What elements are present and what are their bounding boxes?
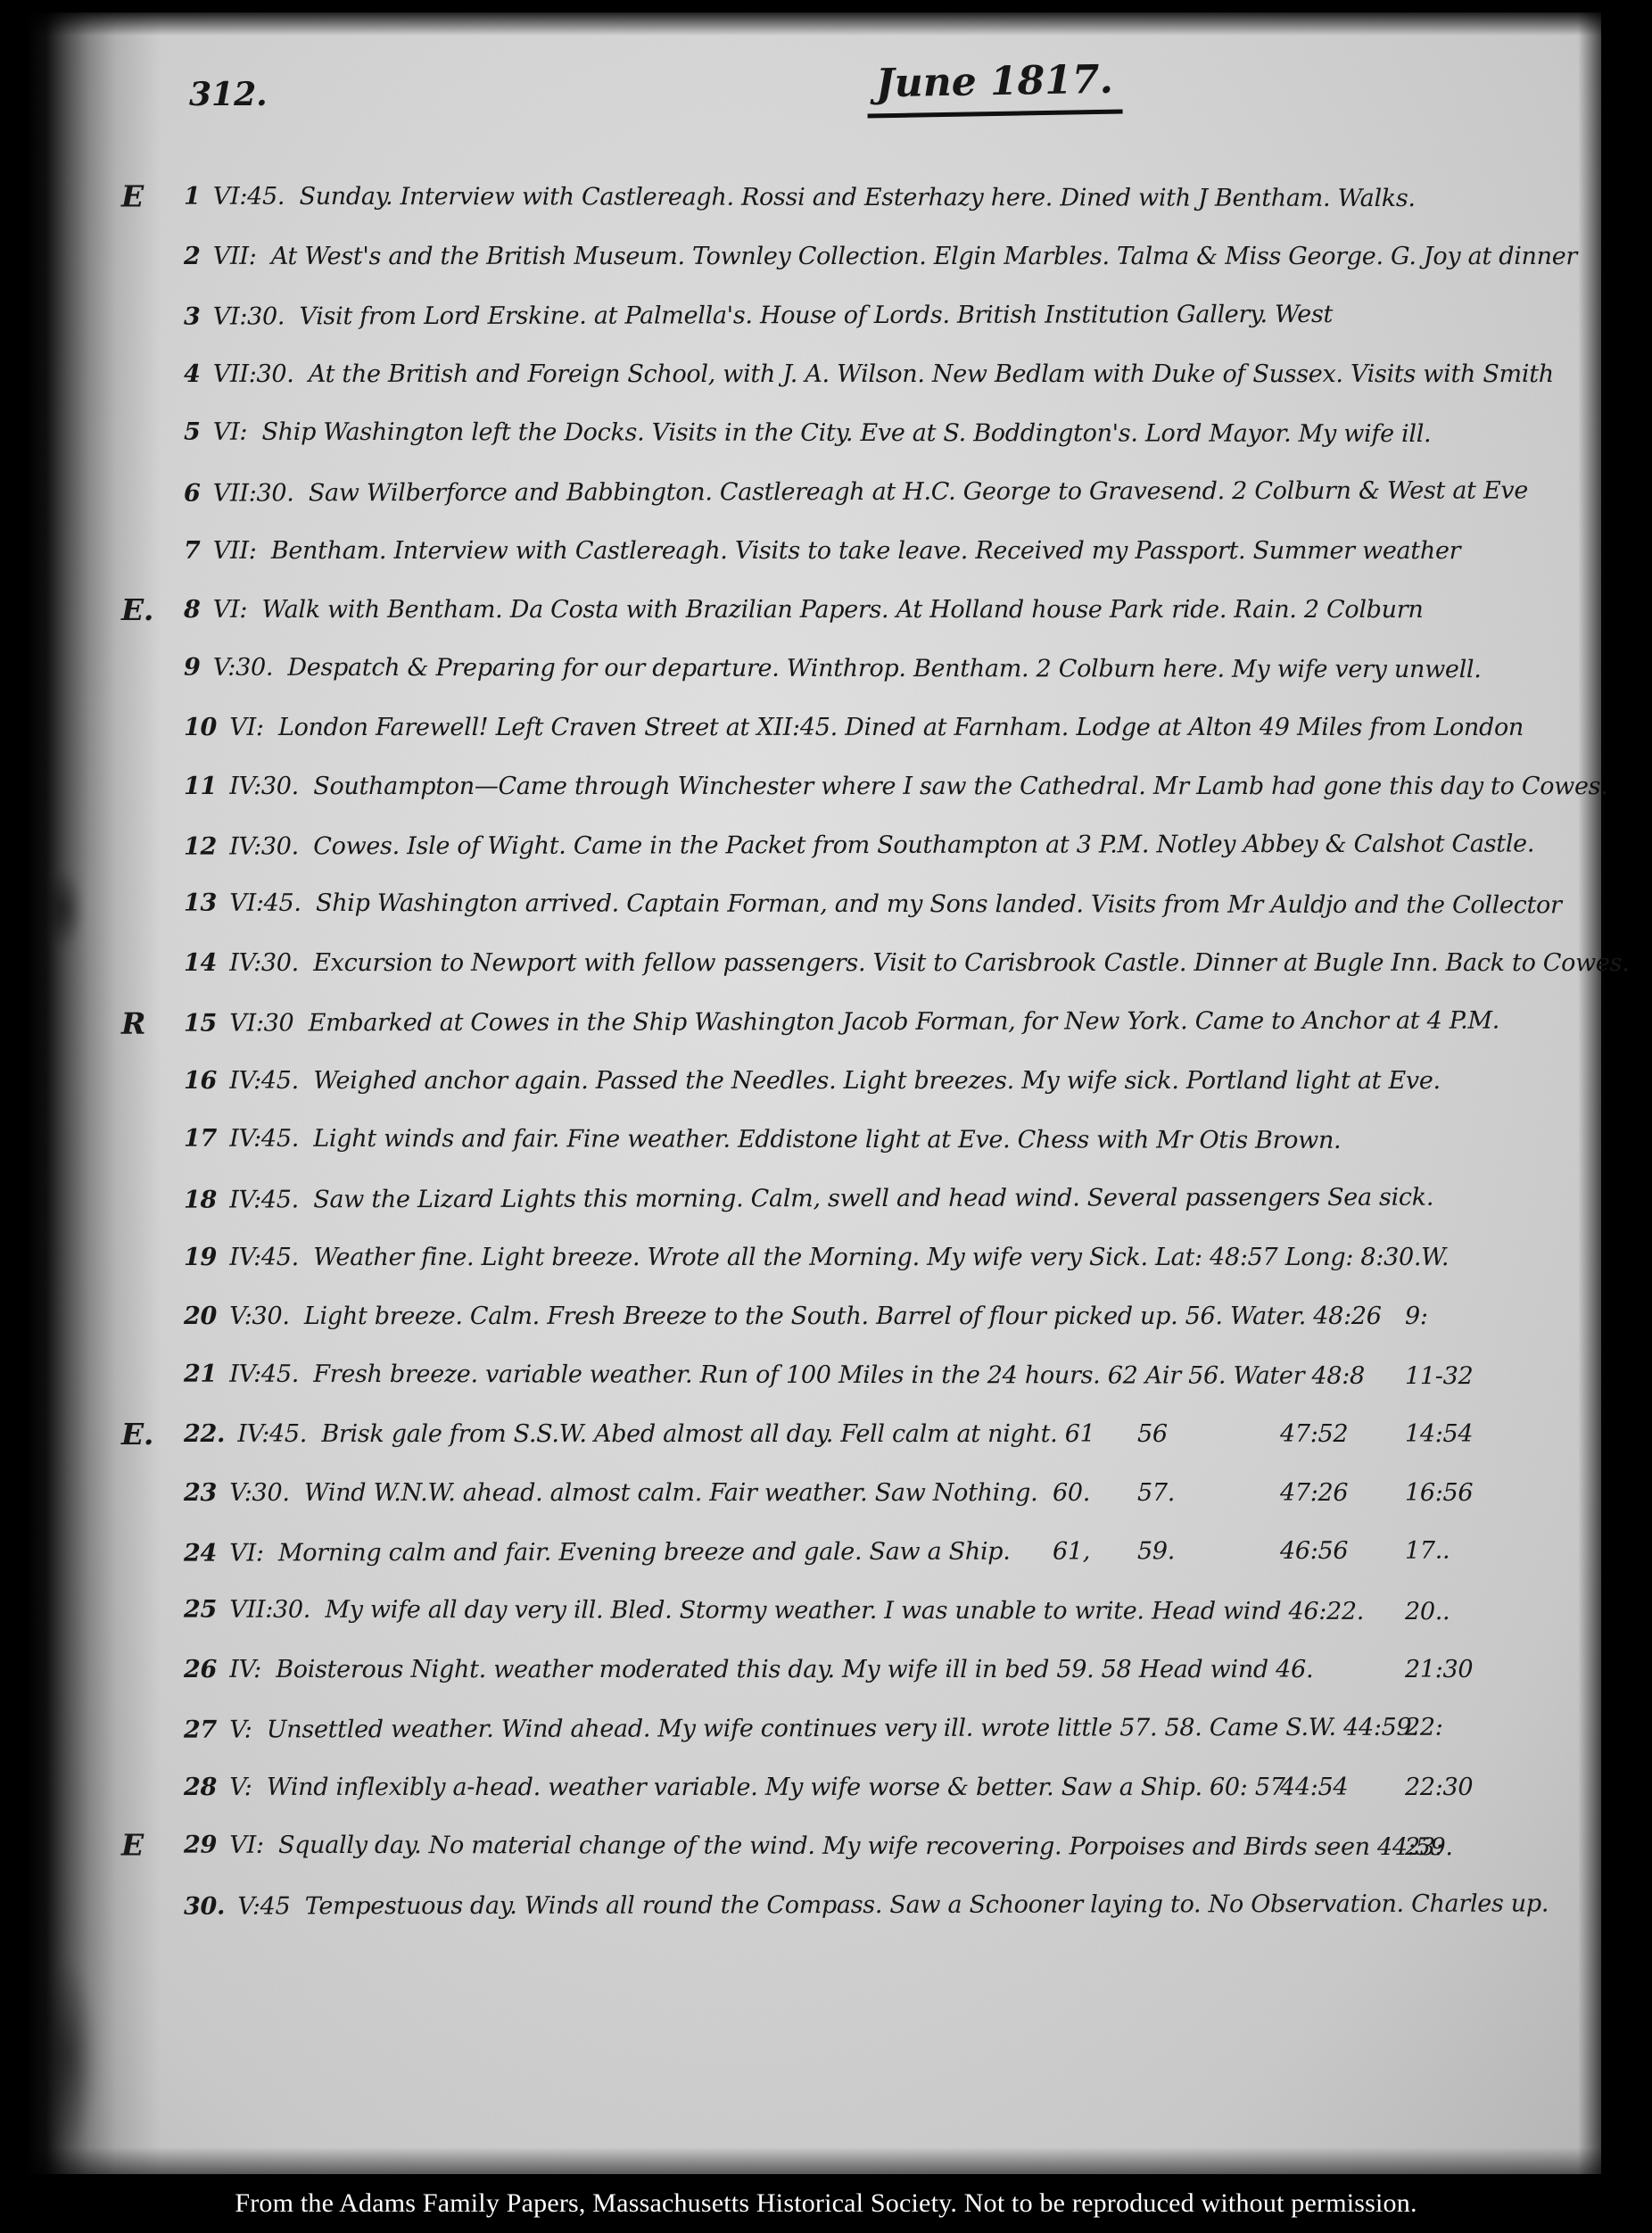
entry-day-number: 22. xyxy=(184,1420,225,1448)
entry-text: Weather fine. Light breeze. Wrote all th… xyxy=(313,1244,1449,1271)
entry-day-number: 4 xyxy=(184,360,201,388)
entry-text: Fresh breeze. variable weather. Run of 1… xyxy=(313,1360,1365,1390)
entry-rising-time: IV:45. xyxy=(229,1186,299,1213)
entry-text: Morning calm and fair. Evening breeze an… xyxy=(278,1538,1011,1567)
diary-entry: 18 IV:45. Saw the Lizard Lights this mor… xyxy=(127,1179,1625,1242)
entry-day-number: 21 xyxy=(184,1360,217,1388)
diary-entry: 16 IV:45. Weighed anchor again. Passed t… xyxy=(127,1063,1625,1122)
entry-text: Excursion to Newport with fellow passeng… xyxy=(313,949,1629,977)
entry-figure: 9: xyxy=(1405,1299,1428,1335)
entry-text: At West's and the British Museum. Townle… xyxy=(271,243,1577,270)
entry-day-number: 1 xyxy=(184,183,201,211)
entry-text: Tempestuous day. Winds all round the Com… xyxy=(305,1890,1549,1920)
entry-day-number: 19 xyxy=(184,1244,217,1271)
entry-day-number: 23 xyxy=(184,1479,217,1507)
diary-entry: 23 V:30. Wind W.N.W. ahead. almost calm.… xyxy=(127,1476,1625,1534)
entry-text: Embarked at Cowes in the Ship Washington… xyxy=(309,1007,1499,1038)
entry-figure: 14:54 xyxy=(1405,1417,1473,1452)
diary-entry: 10 VI: London Farewell! Left Craven Stre… xyxy=(127,710,1625,769)
entry-figure: 57. xyxy=(1137,1476,1175,1511)
entry-day-number: 6 xyxy=(184,480,201,508)
diary-entry: 13 VI:45. Ship Washington arrived. Capta… xyxy=(127,886,1625,947)
entry-text: Southampton—Came through Winchester wher… xyxy=(313,773,1607,800)
entry-text: Sunday. Interview with Castlereagh. Ross… xyxy=(299,183,1415,212)
entry-text: Saw the Lizard Lights this morning. Calm… xyxy=(313,1184,1433,1214)
entry-text: Walk with Bentham. Da Costa with Brazili… xyxy=(261,596,1423,624)
week-mark: E xyxy=(121,179,144,215)
paper-sheet: 312. June 1817. E 1 VI:45. Sunday. Inter… xyxy=(27,12,1601,2174)
entry-text: Cowes. Isle of Wight. Came in the Packet… xyxy=(313,830,1534,860)
entry-day-number: 13 xyxy=(184,889,217,917)
diary-entry: 19 IV:45. Weather fine. Light breeze. Wr… xyxy=(127,1240,1625,1299)
entry-rising-time: IV:30. xyxy=(229,949,299,977)
diary-entry: E. 22. IV:45. Brisk gale from S.S.W. Abe… xyxy=(127,1417,1625,1476)
entry-day-number: 20 xyxy=(184,1303,217,1330)
entry-rising-time: V: xyxy=(229,1716,252,1743)
entry-text: Ship Washington arrived. Captain Forman,… xyxy=(316,889,1562,919)
entry-rising-time: VI: xyxy=(229,1539,263,1567)
entry-text: Boisterous Night. weather moderated this… xyxy=(276,1656,1313,1683)
diary-entry: R 15 VI:30 Embarked at Cowes in the Ship… xyxy=(127,1003,1625,1065)
week-mark: E xyxy=(121,1828,144,1864)
entry-rising-time: V:30. xyxy=(229,1479,289,1507)
diary-entry: 21 IV:45. Fresh breeze. variable weather… xyxy=(127,1357,1625,1418)
entry-figure: 60. xyxy=(1053,1476,1090,1511)
entry-day-number: 12 xyxy=(184,833,217,861)
entry-figure: 21:30 xyxy=(1405,1652,1473,1688)
entry-text: Wind W.N.W. ahead. almost calm. Fair wea… xyxy=(304,1479,1038,1507)
entry-figure: 44:54 xyxy=(1280,1770,1348,1806)
entry-text: Weighed anchor again. Passed the Needles… xyxy=(313,1067,1441,1095)
entry-rising-time: VI:45. xyxy=(213,183,285,211)
page-number: 312. xyxy=(189,79,268,111)
entry-day-number: 28 xyxy=(184,1774,217,1801)
entry-rising-time: IV: xyxy=(229,1656,261,1683)
diary-entry: E 1 VI:45. Sunday. Interview with Castle… xyxy=(127,179,1625,241)
diary-entry: 2 VII: At West's and the British Museum.… xyxy=(127,239,1625,298)
entry-figure: 59. xyxy=(1137,1534,1175,1569)
entry-figure: 46:56 xyxy=(1280,1534,1348,1569)
entry-figure: 22:30 xyxy=(1405,1770,1473,1806)
entry-day-number: 2 xyxy=(184,243,201,270)
entry-rising-time: IV:30. xyxy=(229,773,299,800)
caption-bar: From the Adams Family Papers, Massachuse… xyxy=(0,2174,1652,2233)
entry-day-number: 11 xyxy=(184,773,217,800)
scanned-diary-page: 312. June 1817. E 1 VI:45. Sunday. Inter… xyxy=(0,0,1652,2233)
entry-rising-time: VII:30. xyxy=(213,479,294,507)
entry-figure: 20.. xyxy=(1405,1594,1450,1630)
week-mark: R xyxy=(121,1006,145,1042)
entry-day-number: 16 xyxy=(184,1067,217,1095)
diary-entry: 28 V: Wind inflexibly a-head. weather va… xyxy=(127,1770,1625,1829)
entry-text: My wife all day very ill. Bled. Stormy w… xyxy=(325,1596,1364,1625)
entry-day-number: 10 xyxy=(184,714,217,741)
entry-rising-time: IV:45. xyxy=(229,1125,299,1153)
entry-rising-time: VI:30 xyxy=(229,1009,293,1037)
entry-day-number: 30. xyxy=(184,1893,225,1921)
diary-entry: 17 IV:45. Light winds and fair. Fine wea… xyxy=(127,1121,1625,1183)
entry-figure: 56 xyxy=(1137,1417,1168,1452)
entry-rising-time: VI:45. xyxy=(229,889,301,917)
entry-rising-time: IV:45. xyxy=(229,1244,299,1271)
entry-figure: 11-32 xyxy=(1405,1359,1473,1394)
entry-figure: 17.. xyxy=(1405,1534,1450,1569)
entry-figure: 47:26 xyxy=(1280,1476,1348,1511)
entry-rising-time: V: xyxy=(229,1774,252,1801)
diary-entry: 27 V: Unsettled weather. Wind ahead. My … xyxy=(127,1709,1625,1772)
entry-day-number: 27 xyxy=(184,1716,217,1744)
entry-rising-time: VI: xyxy=(229,714,263,741)
diary-entry: 9 V:30. Despatch & Preparing for our dep… xyxy=(127,650,1625,712)
entry-text: Ship Washington left the Docks. Visits i… xyxy=(261,418,1431,448)
entry-rising-time: IV:45. xyxy=(229,1360,299,1388)
entry-rising-time: IV:45. xyxy=(237,1420,307,1448)
page-title: June 1817. xyxy=(867,57,1123,119)
diary-entry: E. 8 VI: Walk with Bentham. Da Costa wit… xyxy=(127,592,1625,651)
entry-rising-time: VII: xyxy=(213,537,257,565)
entry-day-number: 7 xyxy=(184,537,201,565)
entry-rising-time: IV:30. xyxy=(229,832,299,860)
entry-text: Squally day. No material change of the w… xyxy=(278,1832,1453,1861)
entry-day-number: 26 xyxy=(184,1656,217,1683)
diary-entry: 25 VII:30. My wife all day very ill. Ble… xyxy=(127,1592,1625,1654)
entry-day-number: 17 xyxy=(184,1125,217,1153)
entry-figure: 23: xyxy=(1405,1830,1443,1865)
entry-text: London Farewell! Left Craven Street at X… xyxy=(278,714,1524,741)
entry-text: Brisk gale from S.S.W. Abed almost all d… xyxy=(321,1420,1094,1448)
diary-entry: 12 IV:30. Cowes. Isle of Wight. Came in … xyxy=(127,826,1625,889)
entry-text: Bentham. Interview with Castlereagh. Vis… xyxy=(271,537,1460,565)
diary-entry: 7 VII: Bentham. Interview with Castlerea… xyxy=(127,533,1625,592)
entry-day-number: 14 xyxy=(184,949,217,977)
entry-text: Despatch & Preparing for our departure. … xyxy=(287,654,1481,683)
entry-rising-time: VI: xyxy=(213,596,247,624)
entry-day-number: 24 xyxy=(184,1540,217,1567)
entry-day-number: 25 xyxy=(184,1596,217,1624)
diary-entry: 30. V:45 Tempestuous day. Winds all roun… xyxy=(127,1886,1625,1948)
entry-rising-time: VI: xyxy=(213,418,247,446)
entry-rising-time: VII:30. xyxy=(229,1596,310,1624)
week-mark: E. xyxy=(121,592,153,628)
archive-caption: From the Adams Family Papers, Massachuse… xyxy=(235,2190,1417,2217)
entry-figure: 61, xyxy=(1053,1534,1090,1569)
entry-day-number: 3 xyxy=(184,303,201,331)
entry-text: Light breeze. Calm. Fresh Breeze to the … xyxy=(304,1303,1382,1330)
diary-entry: 24 VI: Morning calm and fair. Evening br… xyxy=(127,1533,1625,1595)
diary-entry: 6 VII:30. Saw Wilberforce and Babbington… xyxy=(127,473,1625,535)
diary-entry: 14 IV:30. Excursion to Newport with fell… xyxy=(127,946,1625,1005)
diary-entry: 20 V:30. Light breeze. Calm. Fresh Breez… xyxy=(127,1299,1625,1358)
entry-text: Light winds and fair. Fine weather. Eddi… xyxy=(313,1125,1341,1154)
entry-text: At the British and Foreign School, with … xyxy=(309,360,1554,388)
entry-rising-time: V:30. xyxy=(229,1303,289,1330)
entry-rising-time: VII: xyxy=(213,243,257,270)
entry-day-number: 5 xyxy=(184,418,201,446)
diary-entry: 5 VI: Ship Washington left the Docks. Vi… xyxy=(127,415,1625,476)
entry-text: Saw Wilberforce and Babbington. Castlere… xyxy=(309,476,1528,507)
entry-text: Visit from Lord Erskine. at Palmella's. … xyxy=(299,301,1333,330)
diary-entry: 11 IV:30. Southampton—Came through Winch… xyxy=(127,769,1625,828)
entry-rising-time: V:45 xyxy=(237,1892,290,1920)
entry-rising-time: IV:45. xyxy=(229,1067,299,1095)
entry-figure: 22: xyxy=(1405,1710,1443,1746)
entry-day-number: 29 xyxy=(184,1832,217,1859)
entry-day-number: 9 xyxy=(184,654,201,682)
diary-entry: 4 VII:30. At the British and Foreign Sch… xyxy=(127,357,1625,416)
entry-text: Unsettled weather. Wind ahead. My wife c… xyxy=(267,1714,1419,1744)
entry-rising-time: VII:30. xyxy=(213,360,294,388)
entry-day-number: 8 xyxy=(184,596,201,624)
diary-entries: E 1 VI:45. Sunday. Interview with Castle… xyxy=(127,180,1625,1947)
entry-day-number: 15 xyxy=(184,1010,217,1038)
entry-day-number: 18 xyxy=(184,1187,217,1214)
entry-figure: 47:52 xyxy=(1280,1417,1348,1452)
entry-rising-time: V:30. xyxy=(213,654,273,682)
handwriting-layer: 312. June 1817. E 1 VI:45. Sunday. Inter… xyxy=(27,12,1601,2174)
diary-entry: E 29 VI: Squally day. No material change… xyxy=(127,1828,1625,1890)
entry-rising-time: VI: xyxy=(229,1832,263,1859)
week-mark: E. xyxy=(121,1417,153,1452)
entry-figure: 16:56 xyxy=(1405,1476,1473,1511)
diary-entry: 26 IV: Boisterous Night. weather moderat… xyxy=(127,1652,1625,1711)
entry-text: Wind inflexibly a-head. weather variable… xyxy=(267,1774,1293,1801)
entry-rising-time: VI:30. xyxy=(213,302,285,330)
diary-entry: 3 VI:30. Visit from Lord Erskine. at Pal… xyxy=(127,296,1625,359)
